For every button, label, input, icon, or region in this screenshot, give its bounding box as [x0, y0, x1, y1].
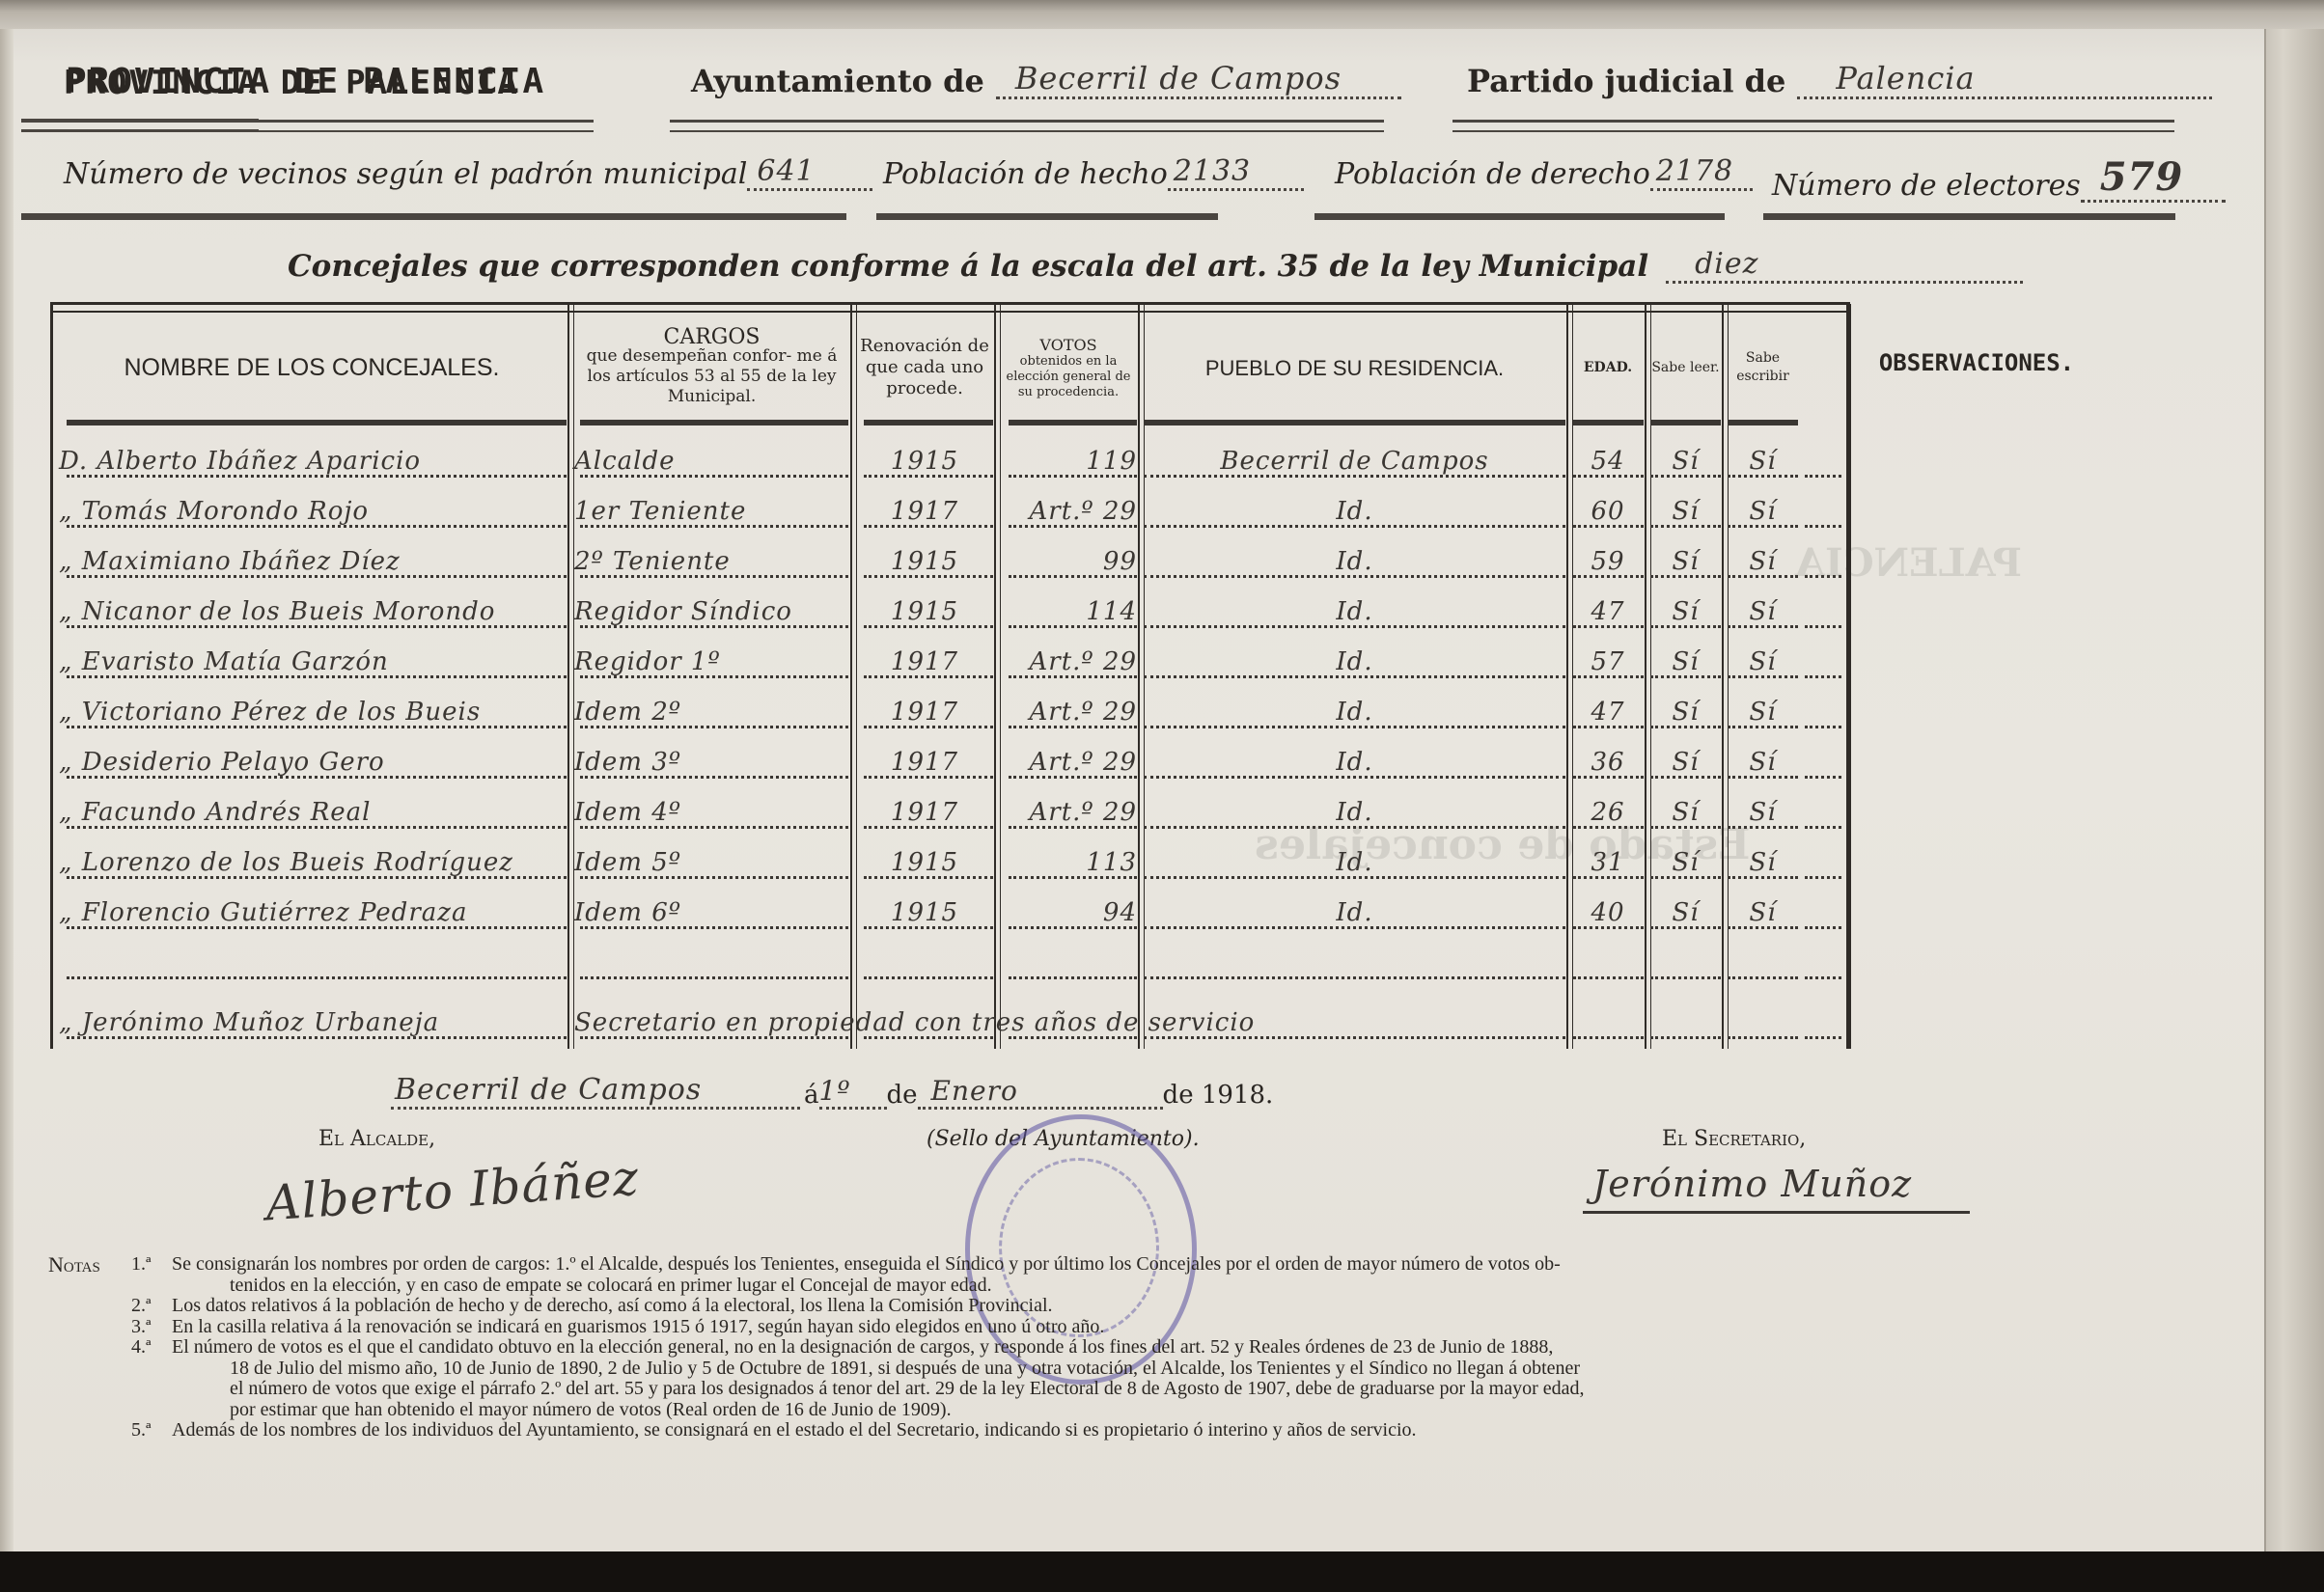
cell-nombre: „ Maximiano Ibáñez Díez — [59, 532, 567, 578]
cell-renovacion: 1917 — [856, 782, 993, 829]
concejales-value: diez — [1666, 247, 2023, 284]
electores-field: Número de electores 579 — [1772, 154, 2226, 203]
row-rule — [1805, 575, 1841, 578]
cell-renovacion: 1917 — [856, 481, 993, 528]
row-rule — [67, 525, 567, 528]
row-rule — [580, 1036, 848, 1039]
row-rule — [1144, 625, 1565, 628]
row-rule — [1650, 675, 1721, 678]
header-cargos-sub: que desempeñan confor- me á los artículo… — [574, 346, 849, 407]
hecho-rule — [876, 213, 1218, 220]
header-rule — [864, 420, 993, 425]
row-rule — [67, 876, 567, 879]
header-sabe-escribir: Sabe escribir — [1728, 316, 1798, 420]
row-rule — [1650, 1036, 1721, 1039]
cell-votos: Art.º 29 — [1000, 782, 1147, 829]
cell-cargo: Idem 5º — [574, 833, 849, 879]
derecho-field: Población de derecho 2178 — [1335, 154, 1753, 191]
note-number: 5.ª — [131, 1420, 152, 1441]
note-text: por estimar que han obtenido el mayor nú… — [230, 1400, 952, 1421]
row-rule — [1650, 926, 1721, 929]
cell-votos: Art.º 29 — [1000, 632, 1147, 678]
cell-sabe-leer: Sí — [1650, 632, 1721, 678]
cell-cargo — [574, 933, 849, 979]
cell-observaciones — [1805, 632, 1841, 678]
row-rule — [580, 525, 848, 528]
header-cargos: CARGOS que desempeñan confor- me á los a… — [574, 316, 849, 420]
row-rule — [1728, 926, 1798, 929]
cell-nombre: „ Tomás Morondo Rojo — [59, 481, 567, 528]
row-rule — [864, 525, 993, 528]
cell-pueblo: Id. — [1144, 582, 1565, 628]
row-rule — [864, 826, 993, 829]
derecho-label: Población de derecho — [1335, 157, 1650, 191]
table-row: „ Jerónimo Muñoz UrbanejaSecretario en p… — [53, 993, 1843, 1043]
row-rule — [67, 726, 567, 728]
row-rule — [1009, 475, 1137, 478]
row-rule — [1009, 976, 1137, 979]
electores-value: 579 — [2081, 154, 2226, 203]
cell-edad: 36 — [1572, 732, 1644, 779]
cell-edad: 31 — [1572, 833, 1644, 879]
header-observaciones-text: OBSERVACIONES. — [1803, 349, 2150, 376]
note-number: 2.ª — [131, 1296, 152, 1317]
row-rule — [580, 876, 848, 879]
alcalde-label: El Alcalde, — [318, 1127, 435, 1151]
note-text: Los datos relativos á la población de he… — [172, 1296, 1053, 1317]
note-number: 1.ª — [131, 1254, 152, 1276]
row-rule — [1728, 575, 1798, 578]
partido-rule — [1452, 120, 2174, 132]
cell-pueblo: Id. — [1144, 833, 1565, 879]
cell-observaciones — [1805, 732, 1841, 779]
table-row — [53, 933, 1843, 983]
row-rule — [1144, 575, 1565, 578]
cell-sabe-leer: Sí — [1650, 682, 1721, 728]
table-row: „ Desiderio Pelayo GeroIdem 3º1917Art.º … — [53, 732, 1843, 782]
date-year: de 1918. — [1163, 1081, 1274, 1110]
table-row: „ Tomás Morondo Rojo1er Teniente1917Art.… — [53, 481, 1843, 532]
row-rule — [1728, 976, 1798, 979]
date-day: 1º — [819, 1075, 887, 1110]
cell-renovacion: 1915 — [856, 431, 993, 478]
cell-sabe-leer: Sí — [1650, 782, 1721, 829]
cell-pueblo: Id. — [1144, 632, 1565, 678]
row-rule — [67, 776, 567, 779]
row-rule — [1805, 926, 1841, 929]
row-rule — [67, 575, 567, 578]
row-rule — [1805, 726, 1841, 728]
cell-cargo: Idem 6º — [574, 883, 849, 929]
row-rule — [864, 625, 993, 628]
vecinos-rule — [21, 213, 846, 220]
cell-sabe-leer: Sí — [1650, 883, 1721, 929]
cell-sabe-escribir — [1728, 933, 1798, 979]
row-rule — [1650, 776, 1721, 779]
note-text: Se consignarán los nombres por orden de … — [172, 1254, 1561, 1276]
row-rule — [580, 675, 848, 678]
cell-pueblo — [1144, 933, 1565, 979]
derecho-value: 2178 — [1650, 154, 1753, 191]
header-renovacion: Renovación de que cada uno procede. — [856, 316, 993, 420]
row-rule — [1573, 525, 1644, 528]
row-rule — [1573, 625, 1644, 628]
row-rule — [1144, 726, 1565, 728]
cell-nombre: „ Florencio Gutiérrez Pedraza — [59, 883, 567, 929]
header-cargos-title: CARGOS — [664, 328, 761, 346]
cell-nombre: „ Lorenzo de los Bueis Rodríguez — [59, 833, 567, 879]
header-pueblo-text: PUEBLO DE SU RESIDENCIA. — [1205, 359, 1504, 377]
province-rule — [21, 120, 594, 132]
partido-value: Palencia — [1797, 60, 2212, 99]
cell-nombre: „ Evaristo Matía Garzón — [59, 632, 567, 678]
cell-pueblo: Id. — [1144, 682, 1565, 728]
concejales-field: Concejales que corresponden conforme á l… — [288, 247, 2023, 284]
cell-renovacion: 1917 — [856, 632, 993, 678]
row-rule — [580, 976, 848, 979]
header-edad-text: EDAD. — [1584, 359, 1632, 377]
cell-cargo: Regidor 1º — [574, 632, 849, 678]
vecinos-label: Número de vecinos según el padrón munici… — [64, 157, 747, 191]
row-rule — [580, 726, 848, 728]
cell-sabe-escribir: Sí — [1728, 883, 1798, 929]
cell-observaciones — [1805, 782, 1841, 829]
cell-nombre: „ Nicanor de los Bueis Morondo — [59, 582, 567, 628]
row-rule — [1728, 475, 1798, 478]
cell-observaciones — [1805, 682, 1841, 728]
cell-renovacion: 1917 — [856, 682, 993, 728]
row-rule — [1805, 1036, 1841, 1039]
note-text: Además de los nombres de los individuos … — [172, 1420, 1417, 1441]
row-rule — [1650, 525, 1721, 528]
cell-renovacion: 1915 — [856, 532, 993, 578]
note-text: El número de votos es el que el candidat… — [172, 1337, 1553, 1359]
note-number: 3.ª — [131, 1317, 152, 1338]
cell-edad: 57 — [1572, 632, 1644, 678]
partido-field: Partido judicial de Palencia — [1467, 60, 2212, 99]
cell-sabe-escribir: Sí — [1728, 632, 1798, 678]
row-rule — [580, 826, 848, 829]
cell-renovacion: 1915 — [856, 582, 993, 628]
header-sabe-escribir-text: Sabe escribir — [1728, 349, 1798, 386]
cell-sabe-leer: Sí — [1650, 732, 1721, 779]
secretario-label: El Secretario, — [1662, 1127, 1806, 1151]
row-rule — [580, 776, 848, 779]
cell-sabe-escribir: Sí — [1728, 431, 1798, 478]
row-rule — [1728, 625, 1798, 628]
row-rule — [1573, 1036, 1644, 1039]
note-text: el número de votos que exige el párrafo … — [230, 1379, 1585, 1400]
row-rule — [1728, 826, 1798, 829]
date-a: á — [804, 1081, 819, 1110]
row-rule — [1573, 726, 1644, 728]
header-pueblo: PUEBLO DE SU RESIDENCIA. — [1144, 316, 1565, 420]
row-rule — [1805, 625, 1841, 628]
cell-observaciones — [1805, 481, 1841, 528]
cell-cargo: 1er Teniente — [574, 481, 849, 528]
cell-pueblo: Id. — [1144, 732, 1565, 779]
row-rule — [1144, 976, 1565, 979]
header-sabe-leer-text: Sabe leer. — [1651, 359, 1719, 377]
cell-sabe-escribir: Sí — [1728, 682, 1798, 728]
row-rule — [1805, 876, 1841, 879]
row-rule — [67, 675, 567, 678]
row-rule — [67, 625, 567, 628]
electores-label: Número de electores — [1772, 169, 2081, 203]
alcalde-signature: Alberto Ibáñez — [263, 1150, 640, 1232]
cell-votos: 99 — [1000, 532, 1147, 578]
row-rule — [1650, 726, 1721, 728]
hecho-field: Población de hecho 2133 — [883, 154, 1304, 191]
cell-renovacion — [856, 933, 993, 979]
header-edad: EDAD. — [1572, 316, 1644, 420]
concejales-label: Concejales que corresponden conforme á l… — [288, 249, 1648, 284]
note-text: tenidos en la elección, y en caso de emp… — [230, 1276, 992, 1297]
row-rule — [1728, 726, 1798, 728]
cell-sabe-escribir: Sí — [1728, 833, 1798, 879]
row-rule — [864, 475, 993, 478]
cell-cargo: Regidor Síndico — [574, 582, 849, 628]
cell-sabe-leer: Sí — [1650, 481, 1721, 528]
row-rule — [1650, 976, 1721, 979]
ayuntamiento-rule — [670, 120, 1384, 132]
row-rule — [67, 926, 567, 929]
row-rule — [1805, 675, 1841, 678]
cell-observaciones — [1805, 582, 1841, 628]
secretario-signature: Jerónimo Muñoz — [1583, 1163, 1970, 1214]
cell-sabe-leer: Sí — [1650, 833, 1721, 879]
row-rule — [1728, 776, 1798, 779]
province-title: PROVINCIA DE PALENCIA — [64, 64, 519, 102]
cell-nombre: D. Alberto Ibáñez Aparicio — [59, 431, 567, 478]
date-month: Enero — [918, 1075, 1163, 1110]
row-rule — [864, 726, 993, 728]
cell-sabe-escribir: Sí — [1728, 481, 1798, 528]
cell-sabe-leer — [1650, 933, 1721, 979]
header-renovacion-text: Renovación de que cada uno procede. — [856, 336, 993, 399]
partido-label: Partido judicial de — [1467, 63, 1785, 99]
cell-sabe-escribir: Sí — [1728, 732, 1798, 779]
concejales-table: NOMBRE DE LOS CONCEJALES. CARGOS que des… — [50, 304, 1851, 1049]
header-votos-title: VOTOS — [1039, 336, 1096, 354]
header-rule — [1650, 420, 1721, 425]
cell-observaciones — [1805, 833, 1841, 879]
date-place: Becerril de Campos — [391, 1073, 800, 1110]
row-rule — [1650, 876, 1721, 879]
row-rule — [1650, 625, 1721, 628]
cell-pueblo: Id. — [1144, 532, 1565, 578]
row-rule — [67, 826, 567, 829]
row-rule — [580, 575, 848, 578]
header-rule — [580, 420, 848, 425]
row-rule — [1650, 475, 1721, 478]
cell-edad: 60 — [1572, 481, 1644, 528]
cell-votos: 94 — [1000, 883, 1147, 929]
row-rule — [67, 475, 567, 478]
cell-edad: 26 — [1572, 782, 1644, 829]
row-rule — [1728, 876, 1798, 879]
row-rule — [1805, 776, 1841, 779]
cell-edad: 47 — [1572, 682, 1644, 728]
cell-observaciones — [1805, 431, 1841, 478]
header-sabe-leer: Sabe leer. — [1650, 316, 1721, 420]
row-rule — [1573, 575, 1644, 578]
cell-votos — [1000, 933, 1147, 979]
row-rule — [1144, 826, 1565, 829]
cell-sabe-leer: Sí — [1650, 532, 1721, 578]
header-rule — [1144, 420, 1565, 425]
cell-votos: 113 — [1000, 833, 1147, 879]
row-rule — [1573, 675, 1644, 678]
cell-cargo: 2º Teniente — [574, 532, 849, 578]
row-rule — [1009, 826, 1137, 829]
cell-renovacion: 1917 — [856, 732, 993, 779]
cell-observaciones — [1805, 883, 1841, 929]
row-rule — [864, 926, 993, 929]
row-rule — [1009, 926, 1137, 929]
row-rule — [1009, 675, 1137, 678]
row-rule — [1144, 876, 1565, 879]
table-row: „ Maximiano Ibáñez Díez2º Teniente191599… — [53, 532, 1843, 582]
date-line: Becerril de Campos á 1º de Enero de 1918… — [391, 1073, 1273, 1110]
table-row: „ Facundo Andrés RealIdem 4º1917Art.º 29… — [53, 782, 1843, 833]
cell-edad — [1572, 933, 1644, 979]
row-rule — [1805, 525, 1841, 528]
cell-renovacion: 1915 — [856, 883, 993, 929]
cell-sabe-leer: Sí — [1650, 582, 1721, 628]
row-rule — [864, 675, 993, 678]
note-text: 18 de Julio del mismo año, 10 de Junio d… — [230, 1359, 1580, 1380]
cell-cargo: Idem 3º — [574, 732, 849, 779]
background-dark — [0, 1551, 2324, 1592]
vecinos-field: Número de vecinos según el padrón munici… — [64, 154, 872, 191]
header-nombre-text: NOMBRE DE LOS CONCEJALES. — [124, 359, 500, 377]
cell-edad: 54 — [1572, 431, 1644, 478]
row-rule — [580, 926, 848, 929]
row-rule — [864, 776, 993, 779]
note-text: En la casilla relativa á la renovación s… — [172, 1317, 1104, 1338]
row-rule — [1009, 575, 1137, 578]
row-rule — [1650, 575, 1721, 578]
notes-label: Notas — [48, 1254, 100, 1276]
row-rule — [1805, 976, 1841, 979]
header-votos-sub: obtenidos en la elección general de su p… — [1000, 354, 1137, 400]
row-rule — [1573, 926, 1644, 929]
vecinos-value: 641 — [747, 154, 872, 191]
row-rule — [864, 876, 993, 879]
cell-sabe-escribir: Sí — [1728, 532, 1798, 578]
table-row: „ Victoriano Pérez de los BueisIdem 2º19… — [53, 682, 1843, 732]
row-rule — [864, 575, 993, 578]
row-rule — [580, 475, 848, 478]
row-rule — [1009, 625, 1137, 628]
cell-edad: 59 — [1572, 532, 1644, 578]
ayuntamiento-label: Ayuntamiento de — [691, 63, 984, 99]
header-rule — [67, 420, 567, 425]
row-rule — [67, 976, 567, 979]
cell-secretario-nombre: „ Jerónimo Muñoz Urbaneja — [59, 993, 567, 1039]
row-rule — [580, 625, 848, 628]
cell-observaciones — [1805, 532, 1841, 578]
hecho-label: Población de hecho — [883, 157, 1168, 191]
cell-votos: Art.º 29 — [1000, 732, 1147, 779]
row-rule — [1009, 525, 1137, 528]
ayuntamiento-field: Ayuntamiento de Becerril de Campos — [691, 60, 1401, 99]
row-rule — [1573, 776, 1644, 779]
header-rule — [1728, 420, 1798, 425]
cell-sabe-escribir: Sí — [1728, 582, 1798, 628]
row-rule — [1144, 675, 1565, 678]
row-rule — [1805, 475, 1841, 478]
cell-edad: 47 — [1572, 582, 1644, 628]
cell-sabe-escribir: Sí — [1728, 782, 1798, 829]
cell-pueblo: Id. — [1144, 883, 1565, 929]
cell-nombre: „ Desiderio Pelayo Gero — [59, 732, 567, 779]
cell-pueblo: Id. — [1144, 481, 1565, 528]
cell-nombre: „ Victoriano Pérez de los Bueis — [59, 682, 567, 728]
cell-pueblo: Id. — [1144, 782, 1565, 829]
header-nombre: NOMBRE DE LOS CONCEJALES. — [57, 316, 567, 420]
table-row: „ Lorenzo de los Bueis RodríguezIdem 5º1… — [53, 833, 1843, 883]
row-rule — [1573, 876, 1644, 879]
cell-renovacion: 1915 — [856, 833, 993, 879]
date-de: de — [887, 1081, 918, 1110]
cell-votos: 114 — [1000, 582, 1147, 628]
header-rule — [1009, 420, 1137, 425]
row-rule — [1144, 525, 1565, 528]
row-rule — [1728, 1036, 1798, 1039]
row-rule — [1144, 1036, 1565, 1039]
cell-cargo: Idem 4º — [574, 782, 849, 829]
table-row: D. Alberto Ibáñez AparicioAlcalde1915119… — [53, 431, 1843, 481]
row-rule — [1728, 525, 1798, 528]
cell-votos: Art.º 29 — [1000, 481, 1147, 528]
row-rule — [1009, 726, 1137, 728]
table-row: „ Nicanor de los Bueis MorondoRegidor Sí… — [53, 582, 1843, 632]
cell-secretario-texto: Secretario en propiedad con tres años de… — [574, 993, 1732, 1039]
row-rule — [67, 1036, 567, 1039]
row-rule — [1009, 776, 1137, 779]
row-rule — [1009, 1036, 1137, 1039]
derecho-rule — [1314, 213, 1725, 220]
cell-cargo: Alcalde — [574, 431, 849, 478]
electores-rule — [1763, 213, 2175, 220]
cell-cargo: Idem 2º — [574, 682, 849, 728]
header-votos: VOTOS obtenidos en la elección general d… — [1000, 316, 1137, 420]
cell-votos: 119 — [1000, 431, 1147, 478]
row-rule — [1573, 826, 1644, 829]
row-rule — [1650, 826, 1721, 829]
cell-nombre: „ Facundo Andrés Real — [59, 782, 567, 829]
cell-edad: 40 — [1572, 883, 1644, 929]
row-rule — [1728, 675, 1798, 678]
cell-votos: Art.º 29 — [1000, 682, 1147, 728]
note-number: 4.ª — [131, 1337, 152, 1359]
ayuntamiento-value: Becerril de Campos — [996, 60, 1401, 99]
row-rule — [1573, 475, 1644, 478]
cell-nombre — [59, 933, 567, 979]
hecho-value: 2133 — [1168, 154, 1304, 191]
row-rule — [864, 976, 993, 979]
row-rule — [1573, 976, 1644, 979]
row-rule — [1805, 826, 1841, 829]
form-layout: PROVINCIA DE PALENCIA Ayuntamiento de Be… — [0, 0, 2324, 1592]
row-rule — [864, 1036, 993, 1039]
row-rule — [1144, 926, 1565, 929]
cell-sabe-leer: Sí — [1650, 431, 1721, 478]
cell-observaciones — [1805, 933, 1841, 979]
row-rule — [1144, 475, 1565, 478]
